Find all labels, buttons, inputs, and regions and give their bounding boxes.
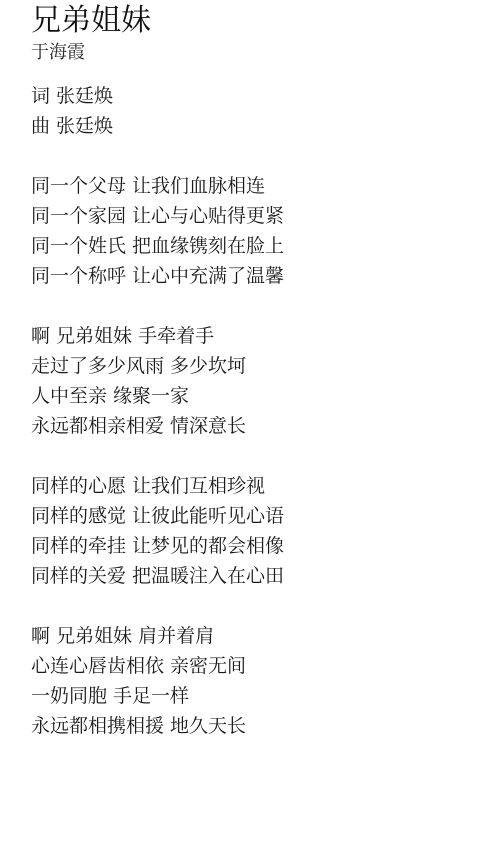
- lyrics-page: 兄弟姐妹 于海霞 词 张廷焕 曲 张廷焕 同一个父母 让我们血脉相连 同一个家园…: [31, 0, 500, 741]
- lyric-line: 人中至亲 缘聚一家: [31, 381, 500, 411]
- spacer: [31, 141, 500, 171]
- lyric-line: 永远都相携相援 地久天长: [31, 711, 500, 741]
- credit-composer: 曲 张廷焕: [31, 111, 500, 141]
- spacer: [31, 291, 500, 321]
- lyric-line: 同样的牵挂 让梦见的都会相像: [31, 531, 500, 561]
- song-artist: 于海霞: [31, 41, 500, 65]
- credits: 词 张廷焕 曲 张廷焕: [31, 81, 500, 141]
- lyric-line: 同一个称呼 让心中充满了温馨: [31, 261, 500, 291]
- stanza-1: 同一个父母 让我们血脉相连 同一个家园 让心与心贴得更紧 同一个姓氏 把血缘镌刻…: [31, 171, 500, 291]
- lyric-line: 心连心唇齿相依 亲密无间: [31, 651, 500, 681]
- song-title: 兄弟姐妹: [31, 1, 500, 41]
- stanza-3: 同样的心愿 让我们互相珍视 同样的感觉 让彼此能听见心语 同样的牵挂 让梦见的都…: [31, 471, 500, 591]
- lyric-line: 啊 兄弟姐妹 手牵着手: [31, 321, 500, 351]
- stanza-2: 啊 兄弟姐妹 手牵着手 走过了多少风雨 多少坎坷 人中至亲 缘聚一家 永远都相亲…: [31, 321, 500, 441]
- lyric-line: 啊 兄弟姐妹 肩并着肩: [31, 621, 500, 651]
- lyric-line: 一奶同胞 手足一样: [31, 681, 500, 711]
- lyric-line: 同样的心愿 让我们互相珍视: [31, 471, 500, 501]
- lyric-line: 同一个姓氏 把血缘镌刻在脸上: [31, 231, 500, 261]
- lyric-line: 同一个父母 让我们血脉相连: [31, 171, 500, 201]
- spacer: [31, 591, 500, 621]
- spacer: [31, 441, 500, 471]
- lyric-line: 同样的感觉 让彼此能听见心语: [31, 501, 500, 531]
- lyric-line: 同样的关爱 把温暖注入在心田: [31, 561, 500, 591]
- lyric-line: 走过了多少风雨 多少坎坷: [31, 351, 500, 381]
- lyric-line: 同一个家园 让心与心贴得更紧: [31, 201, 500, 231]
- stanza-4: 啊 兄弟姐妹 肩并着肩 心连心唇齿相依 亲密无间 一奶同胞 手足一样 永远都相携…: [31, 621, 500, 741]
- lyric-line: 永远都相亲相爱 情深意长: [31, 411, 500, 441]
- credit-lyricist: 词 张廷焕: [31, 81, 500, 111]
